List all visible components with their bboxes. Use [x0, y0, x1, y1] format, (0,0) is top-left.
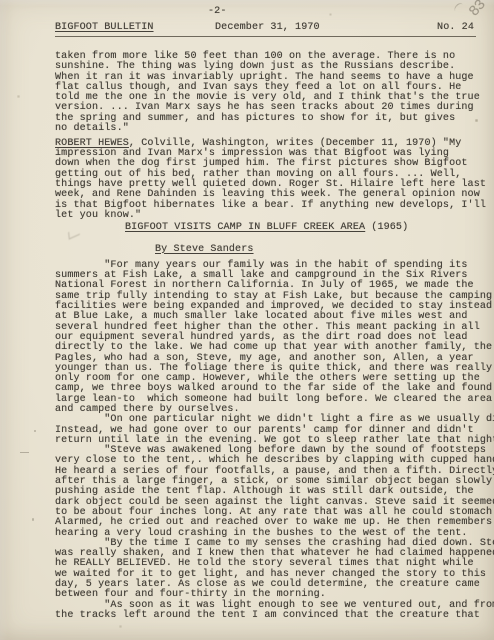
section-byline: By Steve Sanders — [155, 245, 494, 255]
text-line: no details." — [55, 124, 494, 134]
story-steve-sanders: "For many years our family was in the ha… — [55, 261, 494, 621]
issue-number: No. 24 — [437, 23, 474, 33]
issue-date: December 31, 1970 — [215, 23, 320, 33]
document-page: -2- 83 BIGFOOT BULLETIN December 31, 197… — [0, 0, 494, 640]
section-heading-title: BIGFOOT VISITS CAMP IN BLUFF CREEK AREA — [125, 222, 365, 233]
page-number: -2- — [208, 7, 226, 17]
pencil-margin-dash — [20, 452, 29, 453]
bulletin-title: BIGFOOT BULLETIN — [55, 23, 154, 33]
pencil-margin-dot — [34, 430, 36, 432]
text-line: directly to the lake. We had come up tha… — [55, 343, 494, 353]
article-ivan-marx-continuation: taken from more like 50 feet than 100 on… — [55, 52, 494, 134]
page-body: taken from more like 50 feet than 100 on… — [55, 52, 494, 621]
byline-text: By Steve Sanders — [155, 244, 254, 255]
handwritten-annotation: 83 — [469, 0, 487, 19]
section-heading-year: (1965) — [365, 222, 408, 233]
section-heading: BIGFOOT VISITS CAMP IN BLUFF CREEK AREA … — [125, 223, 494, 233]
pencil-margin-dot — [32, 518, 34, 521]
pencil-scribble-mark — [453, 2, 466, 14]
text-line: the tracks left around the tent I am con… — [55, 611, 494, 621]
masthead: BIGFOOT BULLETIN December 31, 1970 No. 2… — [55, 22, 476, 37]
paper-specks — [0, 0, 1, 1]
text-line: let you know." — [55, 211, 494, 221]
article-robert-hewes-letter: ROBERT HEWES, Colville, Washington, writ… — [55, 139, 494, 221]
letter-body: impression and Ivan Marx's impression wa… — [55, 149, 494, 221]
